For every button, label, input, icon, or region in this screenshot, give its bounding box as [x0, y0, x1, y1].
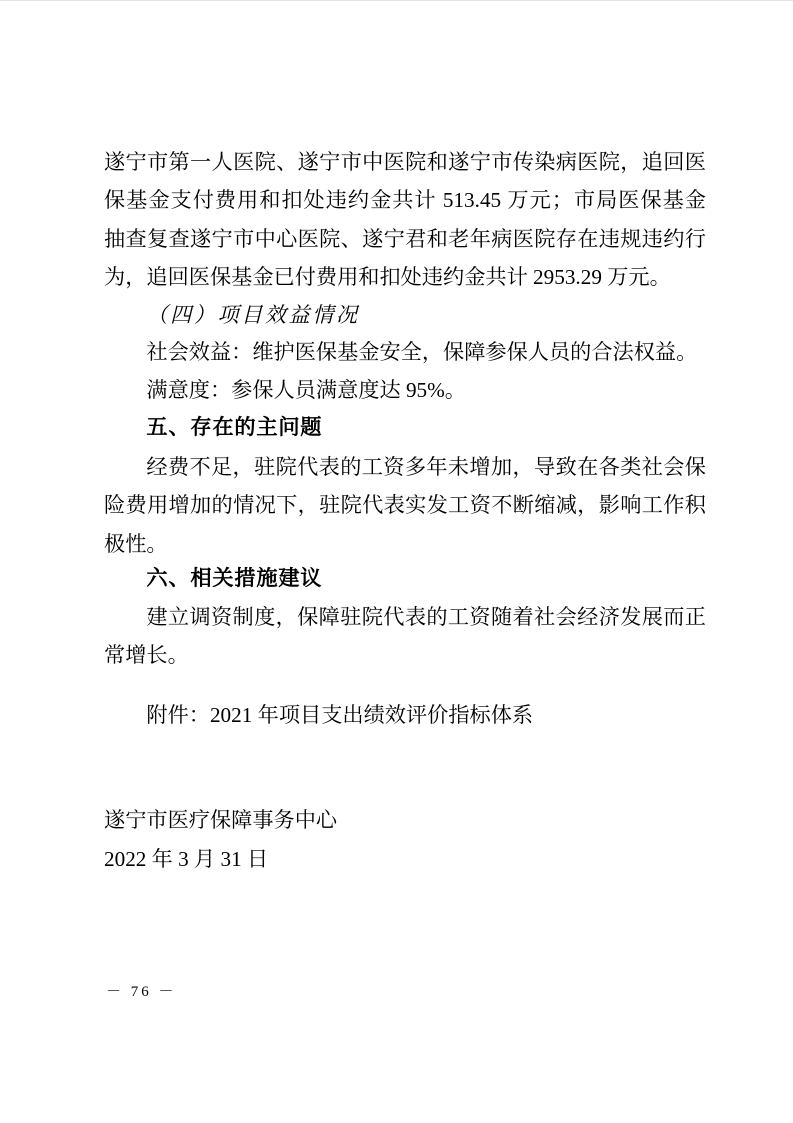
signature-date: 2022 年 3 月 31 日 — [104, 840, 706, 878]
signature-org: 遂宁市医疗保障事务中心 — [104, 801, 706, 839]
paragraph-line: 险费用增加的情况下，驻院代表实发工资不断缩减，影响工作积 — [104, 486, 706, 524]
paragraph-line: 保基金支付费用和扣处违约金共计 513.45 万元；市局医保基金 — [104, 181, 706, 219]
paragraph-line: 为，追回医保基金已付费用和扣处违约金共计 2953.29 万元。 — [104, 258, 706, 296]
section-heading-6: 六、相关措施建议 — [104, 560, 706, 598]
attachment-line: 附件：2021 年项目支出绩效评价指标体系 — [104, 696, 706, 734]
body-paragraph-issues: 经费不足，驻院代表的工资多年未增加，导致在各类社会保 险费用增加的情况下，驻院代… — [104, 448, 706, 563]
paragraph-line: 经费不足，驻院代表的工资多年未增加，导致在各类社会保 — [104, 448, 706, 486]
paragraph-line: 抽查复查遂宁市中心医院、遂宁君和老年病医院存在违规违约行 — [104, 220, 706, 258]
paragraph-line: 常增长。 — [104, 636, 706, 674]
body-paragraph-recovery: 遂宁市第一人医院、遂宁市中医院和遂宁市传染病医院，追回医 保基金支付费用和扣处违… — [104, 143, 706, 296]
paragraph-line: 遂宁市第一人医院、遂宁市中医院和遂宁市传染病医院，追回医 — [104, 143, 706, 181]
document-page: 遂宁市第一人医院、遂宁市中医院和遂宁市传染病医院，追回医 保基金支付费用和扣处违… — [0, 0, 793, 1123]
satisfaction-line: 满意度：参保人员满意度达 95%。 — [104, 371, 706, 409]
social-benefit-line: 社会效益：维护医保基金安全，保障参保人员的合法权益。 — [104, 333, 706, 371]
section-heading-5: 五、存在的主问题 — [104, 409, 706, 447]
paragraph-line: 建立调资制度，保障驻院代表的工资随着社会经济发展而正 — [104, 598, 706, 636]
subsection-heading-4: （四）项目效益情况 — [104, 296, 706, 334]
page-number: － 76 － — [106, 982, 177, 1002]
body-paragraph-suggestions: 建立调资制度，保障驻院代表的工资随着社会经济发展而正 常增长。 — [104, 598, 706, 675]
paragraph-line: 极性。 — [104, 525, 706, 563]
